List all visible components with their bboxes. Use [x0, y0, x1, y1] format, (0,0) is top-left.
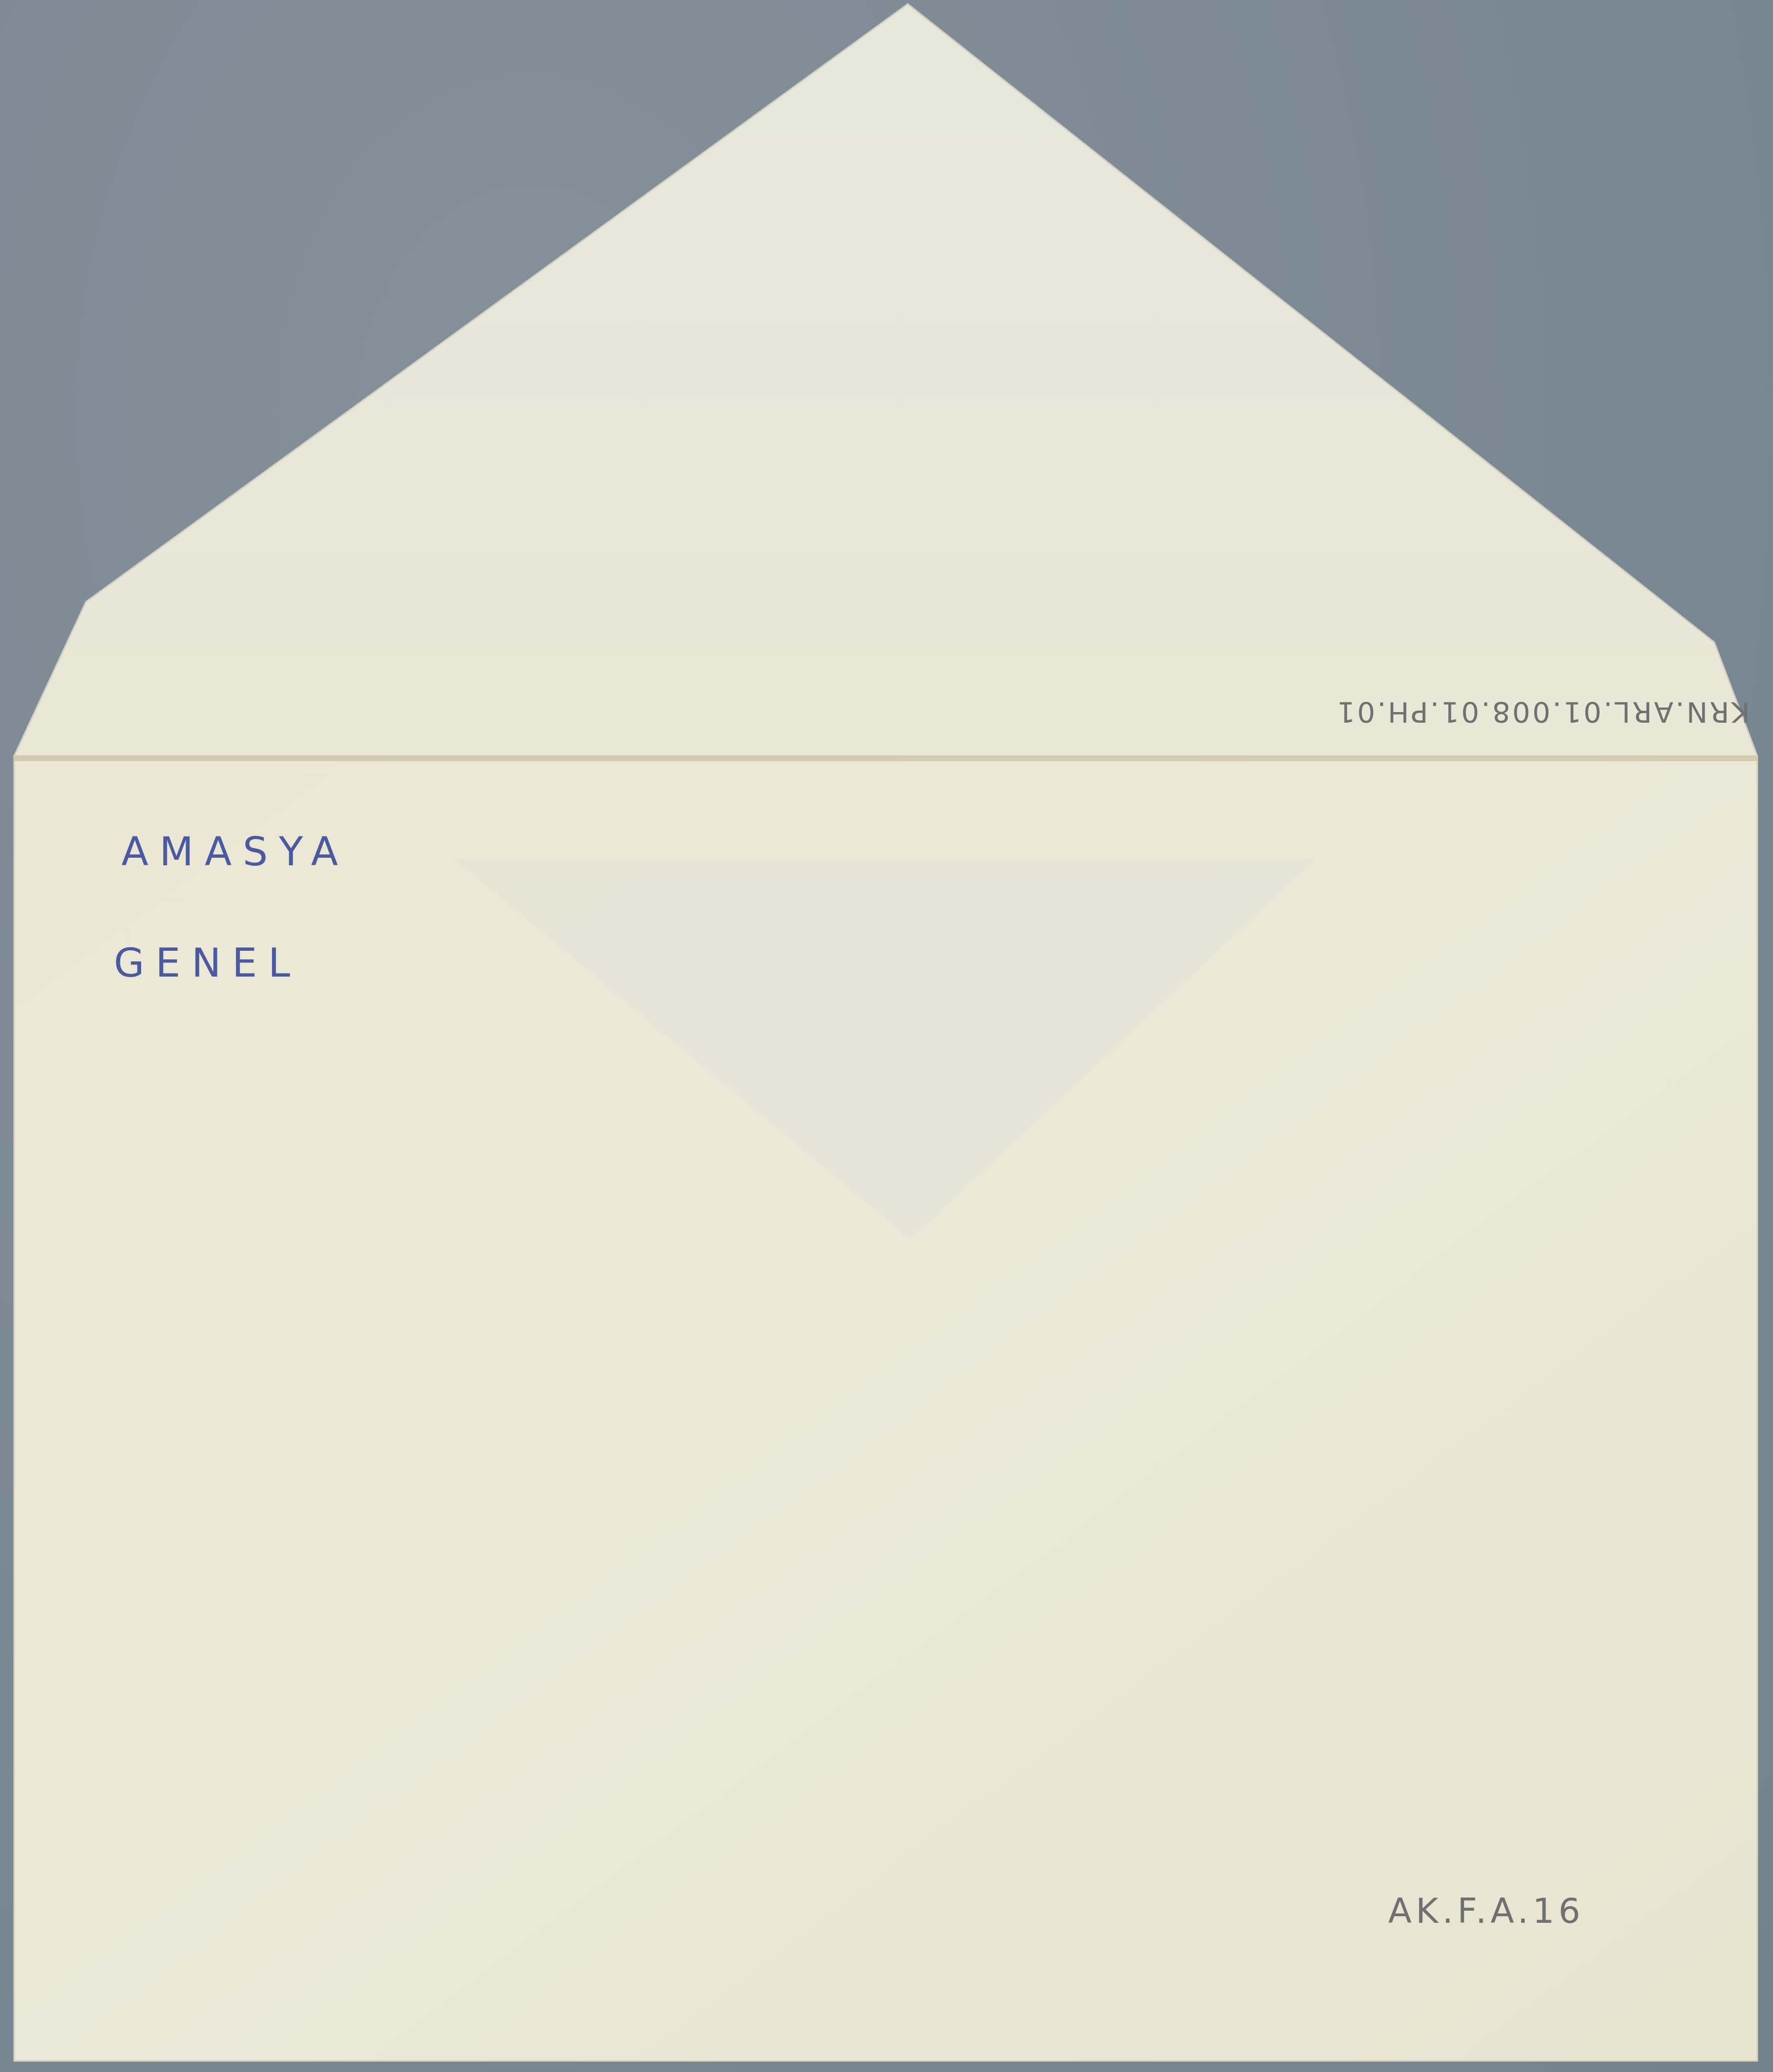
- envelope-scan: KRN.ARL.01.008.01.PH.01 AMASYA GENEL AK.…: [0, 0, 1773, 2072]
- city-label: AMASYA: [121, 829, 349, 875]
- category-label: GENEL: [114, 941, 301, 986]
- catalog-number-label: AK.F.A.16: [1388, 1891, 1584, 1931]
- archive-code-label: KRN.ARL.01.008.01.PH.01: [1335, 695, 1750, 728]
- envelope-shape: [0, 0, 1773, 2072]
- envelope-flap: [14, 4, 1757, 756]
